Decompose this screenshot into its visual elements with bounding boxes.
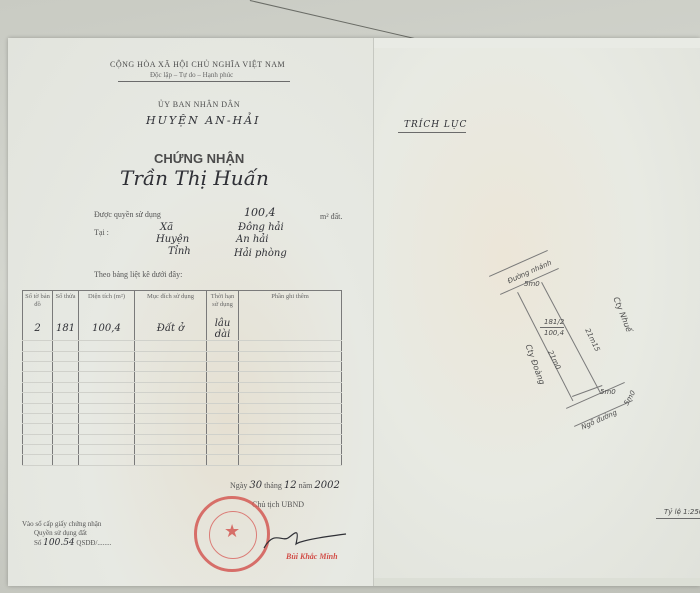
- month-value: 12: [284, 480, 297, 491]
- table-row-empty: [23, 372, 342, 382]
- commune-value: Đông hải: [238, 222, 284, 233]
- map-scale: Tỷ lệ 1:250: [664, 508, 700, 516]
- cell-map-sheet: 2: [23, 318, 53, 341]
- extract-page: TRÍCH LỤC Đường nhánh Ngõ đường 5m0 5m0 …: [374, 48, 700, 578]
- official-seal: ★: [194, 496, 270, 572]
- table-row-empty: [23, 341, 342, 351]
- table-header-row: Số tờ bản đồ Số thửa Diện tích (m²) Mục …: [23, 291, 342, 318]
- registry-number: Số 100.54 QSDĐ/........: [34, 538, 111, 548]
- scale-rule: [656, 518, 700, 519]
- table-row-empty: [23, 362, 342, 372]
- east-boundary: Cty Nhuế: [611, 296, 633, 334]
- signatory-name: Bùi Khắc Minh: [286, 552, 338, 561]
- commune-label: Xã: [160, 222, 173, 233]
- cell-duration: lâu dài: [207, 318, 239, 341]
- year-label: năm: [299, 481, 313, 490]
- registry-line-1: Vào sổ cấp giấy chứng nhận: [22, 520, 101, 528]
- certificate-title: CHỨNG NHẬN: [154, 151, 244, 166]
- registry-number-value: 100.54: [43, 538, 75, 548]
- table-row-empty: [23, 434, 342, 444]
- district-label: Huyện: [156, 234, 189, 245]
- seal-star-icon: ★: [224, 521, 240, 542]
- month-label: tháng: [264, 481, 282, 490]
- cell-notes: [239, 318, 342, 341]
- table-row-empty: [23, 382, 342, 392]
- area-unit: m² đất.: [320, 212, 342, 221]
- col-parcel-no: Số thửa: [53, 291, 79, 318]
- table-row-empty: [23, 403, 342, 413]
- col-purpose: Mục đích sử dụng: [135, 291, 207, 318]
- year-value: 2002: [314, 480, 339, 491]
- dim-left-side: 21m0: [546, 349, 562, 371]
- registry-number-label: Số: [34, 539, 41, 547]
- day-label: Ngày: [230, 481, 247, 490]
- dim-right-side: 21m15: [583, 327, 601, 353]
- col-duration: Thời hạn sử dụng: [207, 291, 239, 318]
- usage-area: 100,4: [244, 206, 276, 219]
- col-area: Diện tích (m²): [79, 291, 135, 318]
- usage-right-label: Được quyền sử dụng: [94, 210, 161, 219]
- parcel-area: 100,4: [544, 329, 564, 337]
- issuer-committee: ỦY BAN NHÂN DÂN: [158, 100, 240, 109]
- district-value: An hải: [236, 234, 268, 245]
- table-intro: Theo bảng liệt kê dưới đây:: [94, 270, 182, 279]
- col-notes: Phần ghi thêm: [239, 291, 342, 318]
- land-use-certificate: CỘNG HÒA XÃ HỘI CHỦ NGHĨA VIỆT NAM Độc l…: [8, 38, 700, 586]
- col-map-sheet: Số tờ bản đồ: [23, 291, 53, 318]
- west-boundary: Cty Đoàng: [524, 343, 547, 386]
- city-value: Hải phòng: [234, 248, 287, 259]
- registry-line-2: Quyền sử dụng đất: [34, 529, 87, 537]
- city-label: Tỉnh: [168, 246, 191, 257]
- issue-date: Ngày 30 tháng 12 năm 2002: [230, 480, 340, 491]
- day-value: 30: [249, 480, 262, 491]
- table-row-empty: [23, 413, 342, 423]
- dim-bottom: 5m0: [600, 388, 616, 396]
- parcel-fraction-rule: [540, 327, 564, 328]
- registry-suffix: QSDĐ/........: [76, 539, 111, 547]
- extract-title-rule: [398, 132, 466, 133]
- location-label: Tại :: [94, 228, 109, 237]
- dim-bottom-right: 5m0: [622, 389, 637, 407]
- country-heading: CỘNG HÒA XÃ HỘI CHỦ NGHĨA VIỆT NAM: [110, 60, 285, 69]
- header-rule: [118, 81, 290, 82]
- table-row: 2 181 100,4 Đất ở lâu dài: [23, 318, 342, 341]
- parcel-label: 181/2: [544, 318, 564, 326]
- table-row-empty: [23, 455, 342, 466]
- motto: Độc lập – Tự do – Hạnh phúc: [150, 71, 233, 79]
- table-row-empty: [23, 393, 342, 403]
- extract-title: TRÍCH LỤC: [404, 120, 467, 130]
- certificate-page: CỘNG HÒA XÃ HỘI CHỦ NGHĨA VIỆT NAM Độc l…: [8, 38, 374, 586]
- table-row-empty: [23, 445, 342, 455]
- table-row-empty: [23, 424, 342, 434]
- issuer-district: HUYỆN AN-HẢI: [146, 114, 260, 127]
- cell-parcel-no: 181: [53, 318, 79, 341]
- parcel-table: Số tờ bản đồ Số thửa Diện tích (m²) Mục …: [22, 290, 342, 466]
- cell-purpose: Đất ở: [135, 318, 207, 341]
- holder-name: Trần Thị Huấn: [120, 166, 269, 190]
- signature: [260, 520, 350, 556]
- dim-top: 5m0: [524, 280, 540, 288]
- table-row-empty: [23, 351, 342, 361]
- cell-area: 100,4: [79, 318, 135, 341]
